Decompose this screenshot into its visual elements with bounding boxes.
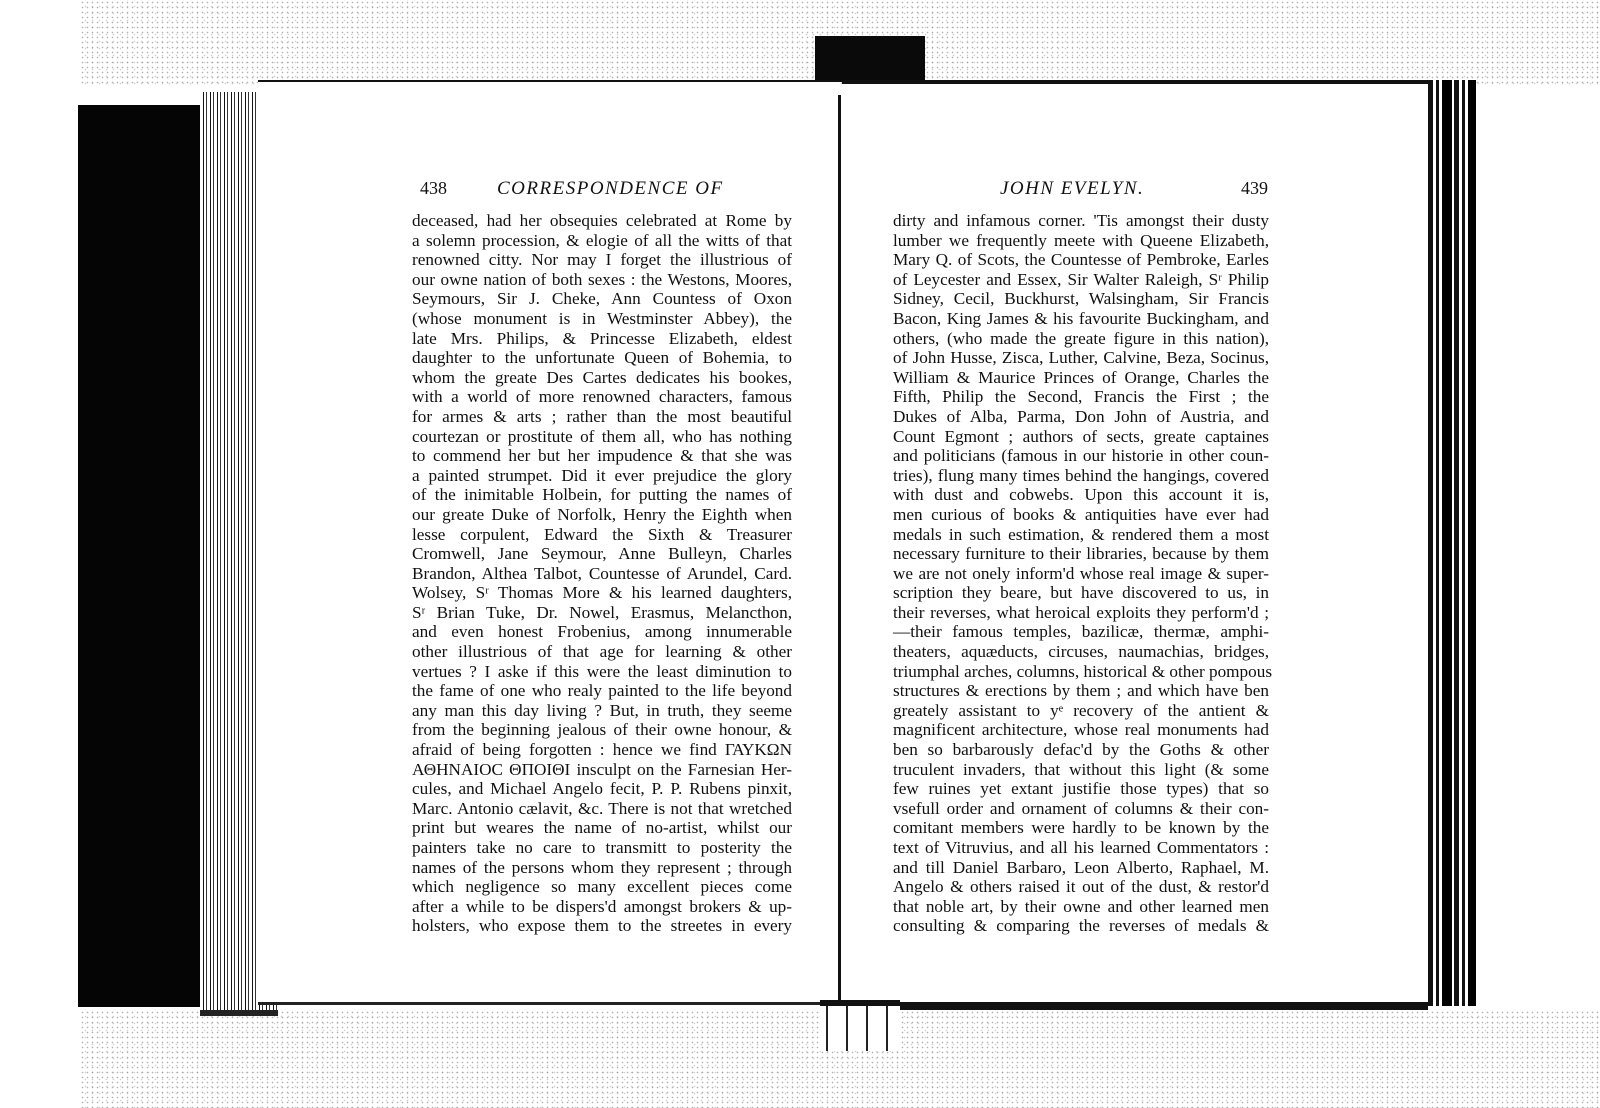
text-line: Cromwell, Jane Seymour, Anne Bulleyn, Ch… bbox=[412, 544, 792, 564]
text-line: Marc. Antonio cælavit, &c. There is not … bbox=[412, 799, 792, 819]
text-line: Fifth, Philip the Second, Francis the Fi… bbox=[893, 387, 1269, 407]
text-line: which negligence so many excellent piece… bbox=[412, 877, 792, 897]
text-line: —their famous temples, bazilicæ, thermæ,… bbox=[893, 622, 1269, 642]
right-body-text: dirty and infamous corner. 'Tis amongst … bbox=[893, 211, 1269, 936]
text-line: of Leycester and Essex, Sir Walter Ralei… bbox=[893, 270, 1269, 290]
text-line: courtezan or prostitute of them all, who… bbox=[412, 427, 792, 447]
text-line: tries), flung many times behind the hang… bbox=[893, 466, 1269, 486]
text-line: our owne nation of both sexes : the West… bbox=[412, 270, 792, 290]
text-line: lumber we frequently meete with Queene E… bbox=[893, 231, 1269, 251]
text-line: and politicians (famous in our historie … bbox=[893, 446, 1269, 466]
text-line: renowned citty. Nor may I forget the ill… bbox=[412, 250, 792, 270]
text-line: Seymours, Sir J. Cheke, Ann Countess of … bbox=[412, 289, 792, 309]
text-line: text of Vitruvius, and all his learned C… bbox=[893, 838, 1269, 858]
text-line: names of the persons whom they represent… bbox=[412, 858, 792, 878]
text-line: Brandon, Althea Talbot, Countesse of Aru… bbox=[412, 564, 792, 584]
text-line: lesse corpulent, Edward the Sixth & Trea… bbox=[412, 525, 792, 545]
text-line: necessary furniture to their libraries, … bbox=[893, 544, 1269, 564]
text-line: medals in such estimation, & rendered th… bbox=[893, 525, 1269, 545]
text-line: vertues ? I aske if this were the least … bbox=[412, 662, 792, 682]
text-line: Dukes of Alba, Parma, Don John of Austri… bbox=[893, 407, 1269, 427]
text-line: dirty and infamous corner. 'Tis amongst … bbox=[893, 211, 1269, 231]
spine-top bbox=[815, 36, 925, 82]
text-line: their reverses, what heroical exploits t… bbox=[893, 603, 1269, 623]
text-line: with dust and cobwebs. Upon this account… bbox=[893, 485, 1269, 505]
text-line: comitant members were hardly to be known… bbox=[893, 818, 1269, 838]
text-line: a painted strumpet. Did it ever prejudic… bbox=[412, 466, 792, 486]
text-line: deceased, had her obsequies celebrated a… bbox=[412, 211, 792, 231]
text-line: Angelo & others raised it out of the dus… bbox=[893, 877, 1269, 897]
text-line: William & Maurice Princes of Orange, Cha… bbox=[893, 368, 1269, 388]
text-line: few ruines yet extant justifie those typ… bbox=[893, 779, 1269, 799]
text-line: Bacon, King James & his favourite Buckin… bbox=[893, 309, 1269, 329]
book-cover-left bbox=[78, 105, 208, 1007]
text-line: others, (who made the greate figure in t… bbox=[893, 329, 1269, 349]
text-line: from the beginning jealous of their owne… bbox=[412, 720, 792, 740]
text-line: Wolsey, Sʳ Thomas More & his learned dau… bbox=[412, 583, 792, 603]
text-line: triumphal arches, columns, historical & … bbox=[893, 662, 1269, 682]
text-line: other illustrious of that age for learni… bbox=[412, 642, 792, 662]
spine-bottom bbox=[820, 1000, 900, 1051]
text-line: print but weares the name of no-artist, … bbox=[412, 818, 792, 838]
text-line: and till Daniel Barbaro, Leon Alberto, R… bbox=[893, 858, 1269, 878]
text-line: afraid of being forgotten : hence we fin… bbox=[412, 740, 792, 760]
text-line: Mary Q. of Scots, the Countesse of Pembr… bbox=[893, 250, 1269, 270]
right-running-head: JOHN EVELYN. bbox=[1000, 178, 1144, 200]
text-line: structures & erections by them ; and whi… bbox=[893, 681, 1269, 701]
right-running-head-text: JOHN EVELYN. bbox=[1000, 178, 1144, 199]
text-line: consulting & comparing the reverses of m… bbox=[893, 916, 1269, 936]
text-line: with a world of more renowned characters… bbox=[412, 387, 792, 407]
text-line: holsters, who expose them to the streete… bbox=[412, 916, 792, 936]
text-line: to commend her but her impudence & that … bbox=[412, 446, 792, 466]
left-page-number: 438 bbox=[420, 178, 447, 199]
text-line: Sʳ Brian Tuke, Dr. Nowel, Erasmus, Melan… bbox=[412, 603, 792, 623]
text-line: the fame of one who realy painted to the… bbox=[412, 681, 792, 701]
text-line: Count Egmont ; authors of sects, greate … bbox=[893, 427, 1269, 447]
text-line: men curious of books & antiquities have … bbox=[893, 505, 1269, 525]
text-line: we are not onely inform'd whose real ima… bbox=[893, 564, 1269, 584]
text-line: of John Husse, Zisca, Luther, Calvine, B… bbox=[893, 348, 1269, 368]
text-line: after a while to be dispers'd amongst br… bbox=[412, 897, 792, 917]
left-body-text: deceased, had her obsequies celebrated a… bbox=[412, 211, 792, 936]
text-line: scription they beare, but have discovere… bbox=[893, 583, 1269, 603]
text-line: (whose monument is in Westminster Abbey)… bbox=[412, 309, 792, 329]
text-line: greately assistant to yᵉ recovery of the… bbox=[893, 701, 1269, 721]
text-line: painters take no care to transmitt to po… bbox=[412, 838, 792, 858]
text-line: cules, and Michael Angelo fecit, P. P. R… bbox=[412, 779, 792, 799]
text-line: truculent invaders, that without this li… bbox=[893, 760, 1269, 780]
page-edges-right bbox=[1428, 80, 1476, 1006]
text-line: our greate Duke of Norfolk, Henry the Ei… bbox=[412, 505, 792, 525]
text-line: and even honest Frobenius, among innumer… bbox=[412, 622, 792, 642]
text-line: any man this day living ? But, in truth,… bbox=[412, 701, 792, 721]
text-line: whom the greate Des Cartes dedicates his… bbox=[412, 368, 792, 388]
text-line: a solemn procession, & elogie of all the… bbox=[412, 231, 792, 251]
text-line: vsefull order and ornament of columns & … bbox=[893, 799, 1269, 819]
gutter-line bbox=[838, 95, 841, 1005]
right-page-number: 439 bbox=[1241, 178, 1268, 199]
text-line: that noble art, by their owne and other … bbox=[893, 897, 1269, 917]
text-line: for armes & arts ; rather than the most … bbox=[412, 407, 792, 427]
left-running-head-text: CORRESPONDENCE OF bbox=[497, 178, 724, 199]
text-line: ΑΘΗΝΑΙΟC ΘΠΟΙΘΙ insculpt on the Farnesia… bbox=[412, 760, 792, 780]
left-running-head: CORRESPONDENCE OF bbox=[497, 178, 724, 200]
text-line: theaters, aquæducts, circuses, naumachia… bbox=[893, 642, 1269, 662]
text-line: ben so barbarously defac'd by the Goths … bbox=[893, 740, 1269, 760]
text-line: Sidney, Cecil, Buckhurst, Walsingham, Si… bbox=[893, 289, 1269, 309]
text-line: late Mrs. Philips, & Princesse Elizabeth… bbox=[412, 329, 792, 349]
text-line: daughter to the unfortunate Queen of Boh… bbox=[412, 348, 792, 368]
text-line: of the inimitable Holbein, for putting t… bbox=[412, 485, 792, 505]
text-line: magnificent architecture, whose real mon… bbox=[893, 720, 1269, 740]
